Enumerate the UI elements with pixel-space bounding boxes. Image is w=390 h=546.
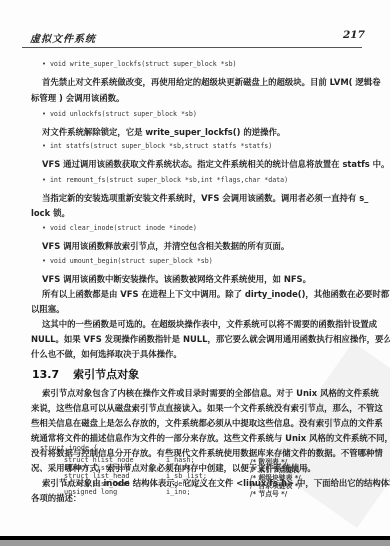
paragraph-line: 当指定新的安装选项重新安装文件系统时，VFS 会调用该函数。调用者必须一直持有 … bbox=[42, 192, 368, 204]
code-struct-open: struct inode { bbox=[40, 444, 97, 452]
function-signature: • void unlockfs(struct super_block *sb) bbox=[42, 110, 197, 118]
paragraph-line: 以阻塞。 bbox=[31, 303, 65, 315]
function-signature: • void clear_inode(struct inode *inode) bbox=[42, 224, 197, 232]
struct-field-type: struct hlist_node bbox=[64, 456, 134, 464]
paragraph-line: 标管理 ) 会调用该函数。 bbox=[31, 92, 124, 104]
struct-field-type: struct list_head bbox=[64, 480, 129, 488]
struct-field-name: i_ino; bbox=[166, 488, 191, 496]
running-header-title: 虚拟文件系统 bbox=[30, 30, 96, 45]
paragraph-line: 索引节点对象包含了内核在操作文件或目录时需要的全部信息。对于 Unix 风格的文… bbox=[42, 387, 379, 399]
struct-field-name: i_dentry; bbox=[166, 480, 203, 488]
struct-field-type: struct list_head bbox=[64, 464, 129, 472]
struct-field-name: i_sb_list; bbox=[166, 472, 207, 480]
header-rule bbox=[22, 47, 362, 48]
paragraph-line: 对文件系统解除锁定，它是 write_super_lockfs() 的逆操作。 bbox=[42, 126, 285, 138]
paragraph-line: lock 锁。 bbox=[31, 207, 70, 219]
scan-border-gray bbox=[0, 540, 390, 546]
book-page: 虚拟文件系统 217 PDG • void write_super_lockfs… bbox=[0, 0, 390, 536]
paragraph-line: 什么也不做，如何选择取决于具体操作。 bbox=[31, 348, 182, 360]
struct-field-type: struct list_head bbox=[64, 472, 129, 480]
paragraph-line: 统通常将文件的描述信息作为文件的一部分来存放。这些文件系统与 Unix 风格的文… bbox=[31, 432, 390, 444]
struct-field-comment: /* 节点号 */ bbox=[250, 488, 287, 498]
section-heading: 13.7索引节点对象 bbox=[32, 366, 139, 382]
function-signature: • void umount_begin(struct super_block *… bbox=[42, 257, 213, 265]
paragraph-line: VFS 调用该函数中断安装操作。该函数被网络文件系统使用，如 NFS。 bbox=[42, 273, 311, 285]
struct-field-type: unsigned long bbox=[64, 488, 117, 496]
paragraph-line: 来说，这些信息可以从磁盘索引节点直接读入。如果一个文件系统没有索引节点，那么，不… bbox=[31, 402, 383, 414]
section-number: 13.7 bbox=[32, 368, 59, 381]
function-signature: • void write_super_lockfs(struct super_b… bbox=[42, 60, 237, 68]
paragraph-line: VFS 通过调用该函数获取文件系统状态。指定文件系统相关的统计信息将放置在 st… bbox=[42, 158, 389, 170]
paragraph-line: 些相关信息在磁盘上是怎么存放的，文件系统都必须从中提取这些信息。没有索引节点的文… bbox=[31, 417, 383, 429]
paragraph-line: VFS 调用该函数释放索引节点，并清空包含相关数据的所有页面。 bbox=[42, 240, 289, 252]
struct-field-name: i_hash; bbox=[166, 456, 195, 464]
struct-field-name: i_list; bbox=[166, 464, 195, 472]
function-signature: • int statfs(struct super_block *sb,stru… bbox=[42, 142, 272, 150]
section-title: 索引节点对象 bbox=[73, 368, 139, 381]
paragraph-line: 首先禁止对文件系统做改变，再使用给定的超级块更新磁盘上的超级块。目前 LVM( … bbox=[42, 76, 381, 88]
paragraph-line: 这其中的一些函数是可选的。在超级块操作表中，文件系统可以将不需要的函数指针设置成 bbox=[42, 318, 377, 330]
paragraph-line: NULL。如果 VFS 发现操作函数指针是 NULL，那它要么就会调用通用函数执… bbox=[31, 333, 390, 345]
paragraph-line: 所有以上函数都是由 VFS 在进程上下文中调用。除了 dirty_inode()… bbox=[42, 288, 390, 300]
page-number: 217 bbox=[343, 29, 365, 41]
function-signature: • int remount_fs(struct super_block *sb,… bbox=[42, 176, 288, 184]
